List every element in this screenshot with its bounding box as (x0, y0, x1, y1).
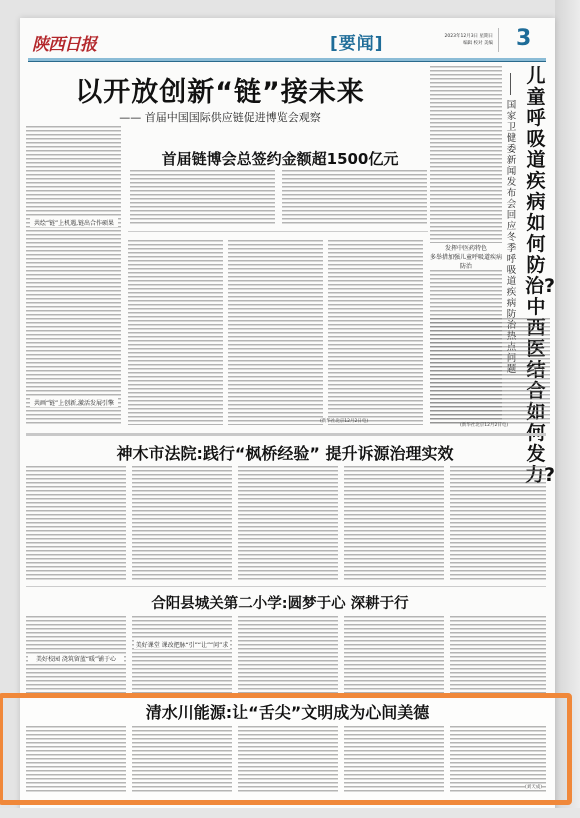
shenmu-body-col4 (344, 466, 444, 581)
shenmu-body-col3 (238, 466, 338, 581)
highlighted-article-credit: (刘天成) (525, 784, 542, 790)
side-article-subhead-1: 发挥中医药特色 (430, 243, 502, 252)
boxed-article-credit: (新华社北京12月2日电) (320, 418, 368, 424)
highlighted-article-title: 清水川能源:让“舌尖”文明成为心间美德 (60, 700, 515, 723)
heyang-subhead-1: 美好校园 浇筑留蓝“暖”铺于心 (28, 654, 124, 663)
highlighted-body-col2 (132, 726, 232, 792)
masthead-rule (28, 58, 546, 62)
highlighted-body-col3 (238, 726, 338, 792)
heyang-subhead-2: 美好课堂 课改把脉“引”“让”“问”求 (134, 640, 230, 649)
lead-article-body-col1 (26, 126, 121, 426)
highlighted-body-col5 (450, 726, 546, 792)
heyang-body-col2 (132, 616, 232, 698)
lead-article-body-col3 (228, 240, 323, 425)
shenmu-body-col1 (26, 466, 126, 581)
heyang-body-col5 (450, 616, 546, 698)
heyang-body-col4 (344, 616, 444, 698)
boxed-article-body-col1 (130, 170, 275, 225)
lead-article-title: 以开放创新“链”接未来 (40, 70, 400, 109)
boxed-article-body-col2 (282, 170, 427, 225)
side-article-body-wide (430, 318, 550, 426)
bottom-margin (0, 808, 580, 818)
highlighted-body-col1 (26, 726, 126, 792)
masthead-divider (498, 28, 499, 52)
lead-article-subtitle: —— 首届中国国际供应链促进博览会观察 (60, 109, 380, 125)
lead-article-body-col2 (128, 240, 223, 425)
editor-line: 编辑 校对 美编 (423, 40, 493, 47)
section-divider-1 (26, 433, 546, 436)
side-article-credit: (新华社北京12月2日电) (460, 422, 508, 428)
masthead: 陕西日报 [要闻] 2023年12月3日 星期日 编辑 校对 美编 3 (28, 26, 548, 56)
boxed-article-title: 首届链博会总签约金额超1500亿元 (135, 148, 425, 169)
newspaper-logo: 陕西日报 (32, 30, 96, 55)
shenmu-body-col2 (132, 466, 232, 581)
date-block: 2023年12月3日 星期日 编辑 校对 美编 (423, 33, 493, 47)
lead-article-subhead-2: 共画“链”上创新,激活发展引擎 (30, 398, 118, 407)
boxed-article-rule (128, 231, 428, 232)
section-label: [要闻] (330, 29, 384, 54)
shenmu-body-col5 (450, 466, 546, 581)
heyang-article-title: 合阳县城关第二小学:圆梦于心 深耕于行 (100, 592, 460, 613)
page-number: 3 (516, 26, 531, 51)
date-line: 2023年12月3日 星期日 (423, 33, 493, 40)
shenmu-article-title: 神木市法院:践行“枫桥经验” 提升诉源治理实效 (60, 441, 510, 464)
highlighted-article[interactable]: 清水川能源:让“舌尖”文明成为心间美德 (刘天成) (20, 696, 555, 800)
background-shadow (555, 0, 580, 818)
heyang-body-col3 (238, 616, 338, 698)
lead-article-body-col4 (328, 240, 423, 425)
side-article-subhead-2: 多举措加强儿童呼吸道疾病防治 (430, 252, 502, 270)
highlighted-body-col4 (344, 726, 444, 792)
section-divider-2 (26, 586, 546, 587)
lead-article-subhead-1: 共绘“链”上机遇,链出合作硕果 (30, 218, 118, 227)
side-article-dash (510, 73, 511, 95)
